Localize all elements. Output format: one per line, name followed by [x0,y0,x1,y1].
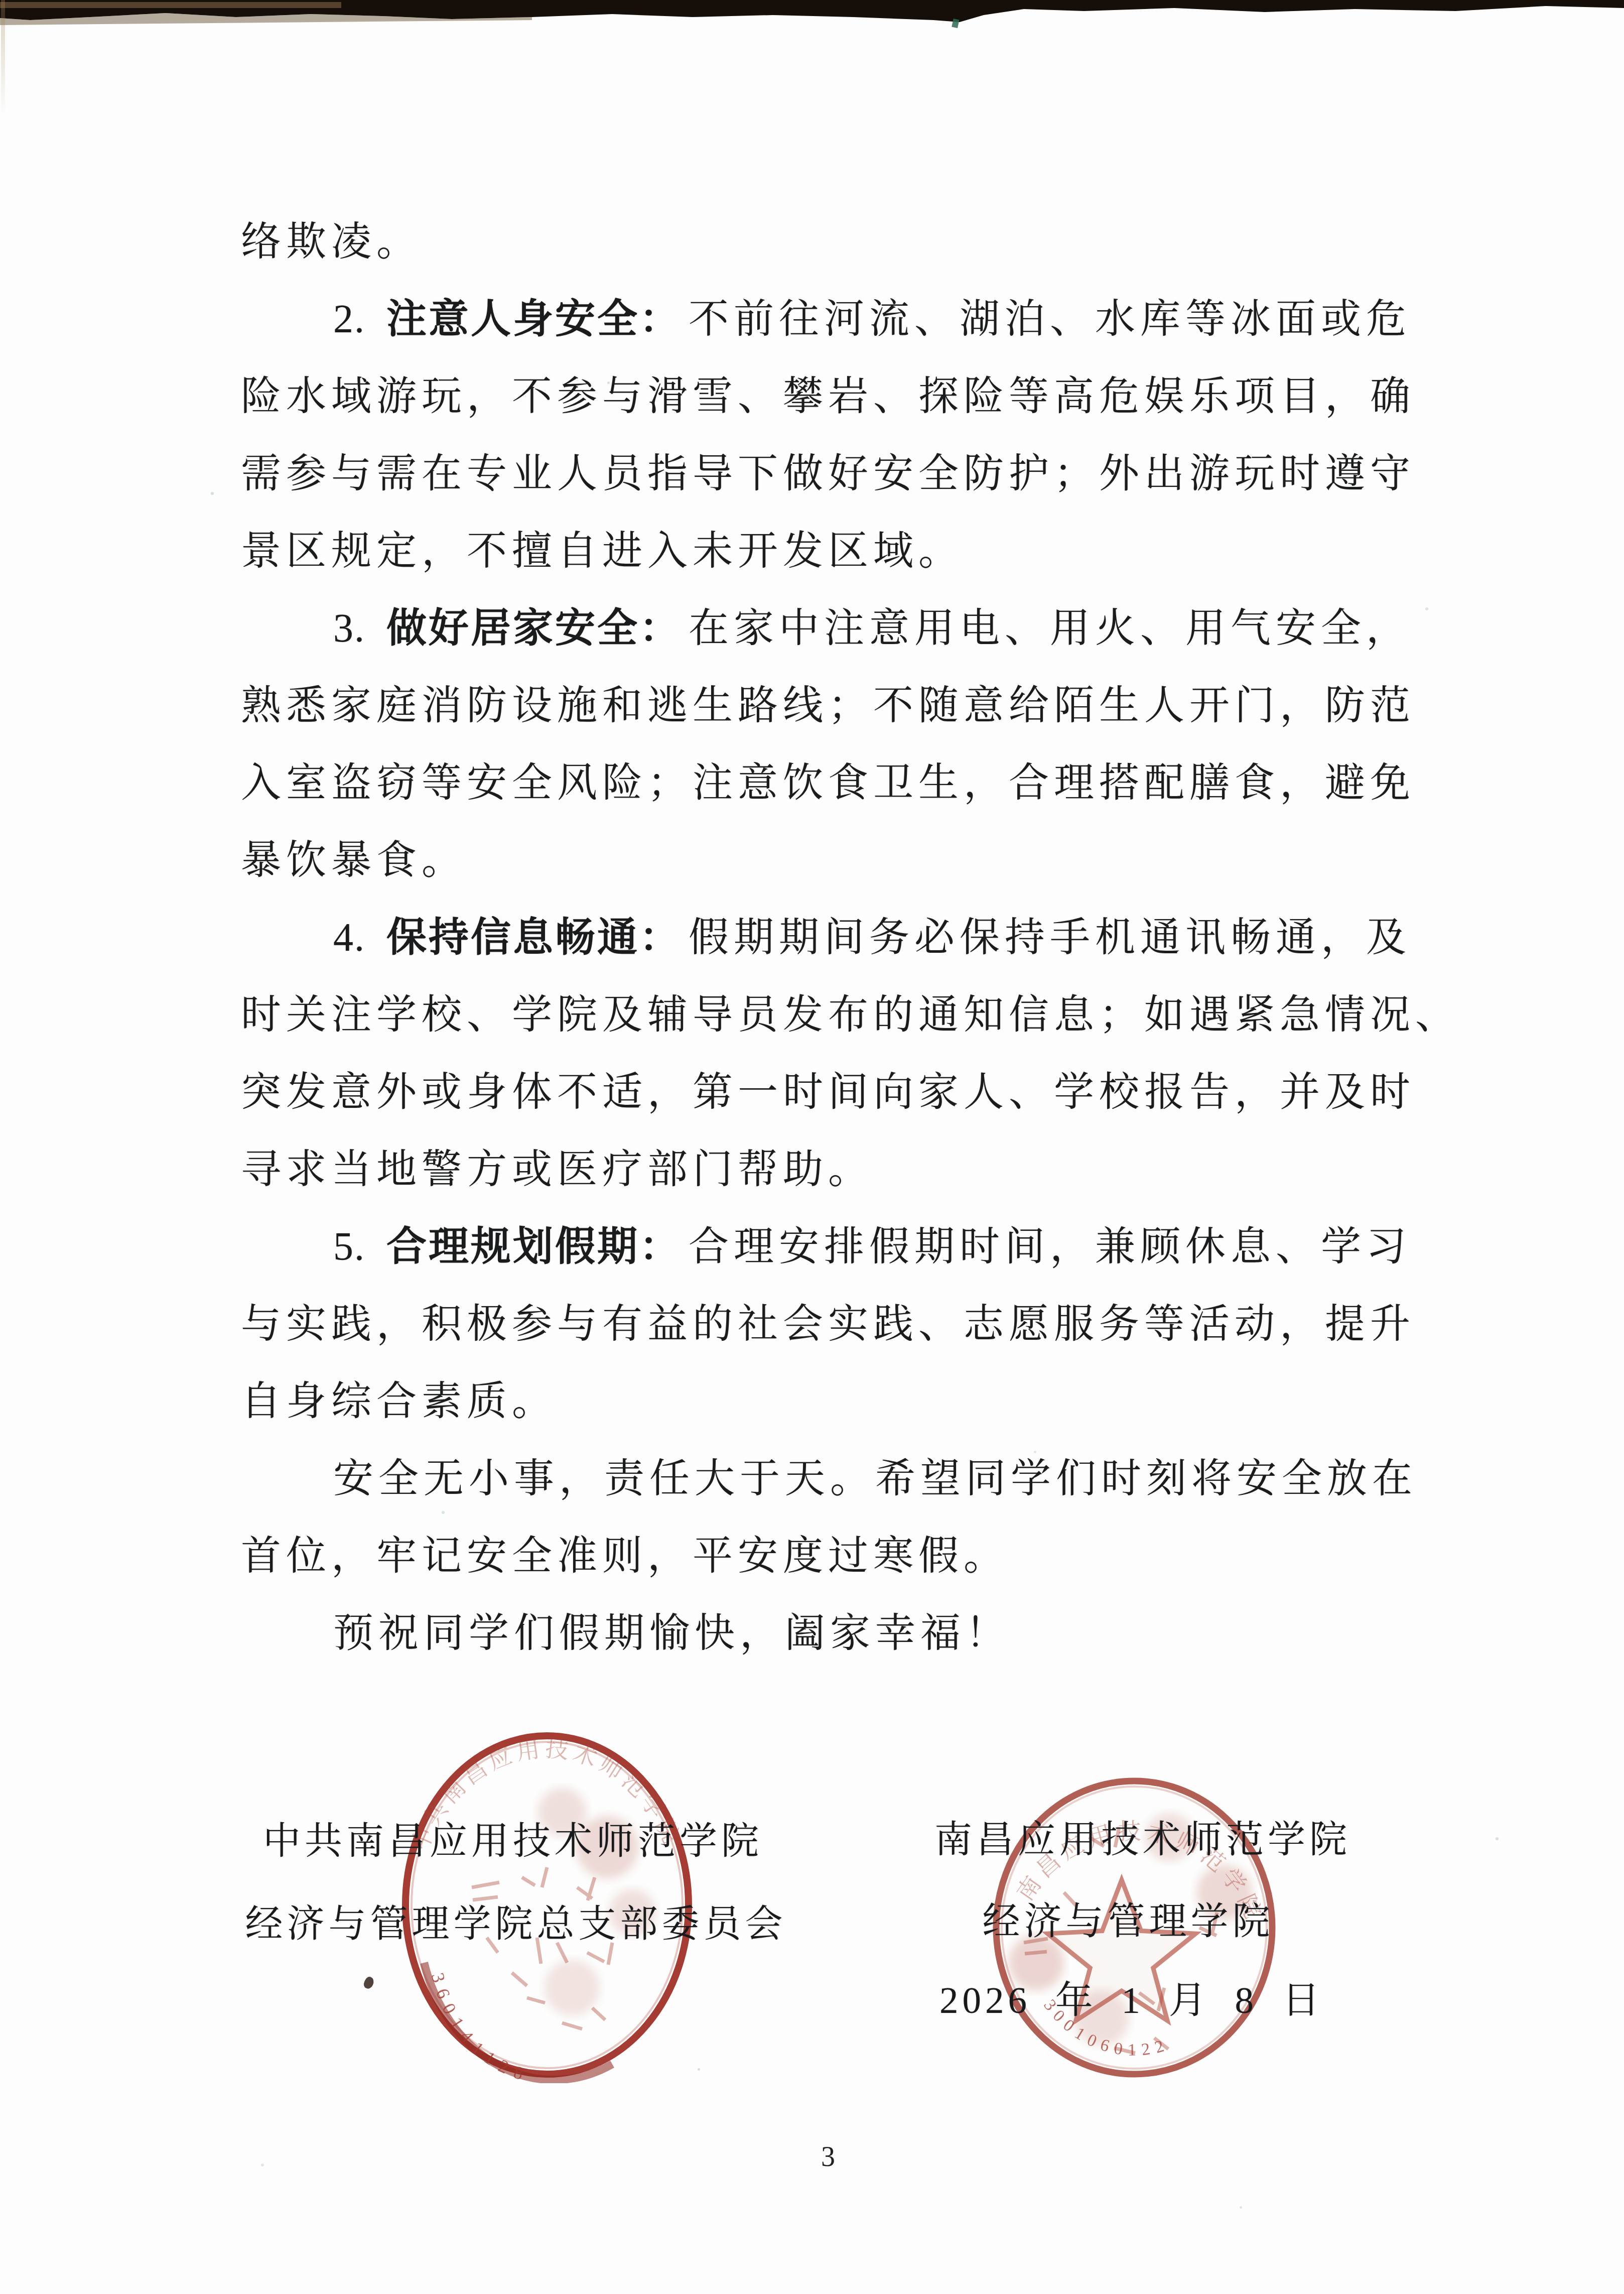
body-text: 络欺凌。 [241,220,422,264]
body-line: 突发意外或身体不适，第一时间向家人、学校报告，并及时 [241,1072,1415,1112]
body-text: 假期期间务必保持手机通讯畅通，及 [689,916,1411,960]
body-text: 不前往河流、湖泊、水库等冰面或危 [689,297,1411,341]
body-line: 景区规定，不擅自进入未开发区域。 [241,531,964,571]
item-number: 4. [333,916,365,960]
page-number: 3 [821,2141,835,2173]
body-text: 与实践，积极参与有益的社会实践、志愿服务等活动，提升 [241,1302,1415,1346]
item-number: 3. [333,606,365,651]
paper-speck [442,1511,445,1514]
item-number: 2. [333,297,365,341]
paper-speck [1496,1837,1499,1840]
body-text: 首位，牢记安全准则，平安度过寒假。 [241,1534,1009,1578]
scan-edge-artifact [0,0,1624,35]
body-text: 入室盗窃等安全风险；注意饮食卫生，合理搭配膳食，避免 [241,761,1415,805]
body-text: 自身综合素质。 [241,1379,557,1424]
item-heading: 保持信息畅通： [386,916,682,960]
body-text: 安全无小事，责任大于天。希望同学们时刻将安全放在 [333,1457,1417,1501]
body-text: 熟悉家庭消防设施和逃生路线；不随意给陌生人开门，防范 [241,684,1415,728]
body-text: 预祝同学们假期愉快，阖家幸福！ [333,1611,1011,1655]
body-line: 寻求当地警方或医疗部门帮助。 [241,1150,873,1190]
body-line: 预祝同学们假期愉快，阖家幸福！ [333,1613,1011,1653]
paper-speck [261,2163,264,2166]
signature-right-org-line2: 经济与管理学院 [982,1903,1274,1941]
body-text: 突发意外或身体不适，第一时间向家人、学校报告，并及时 [241,1070,1415,1114]
body-text: 时关注学校、学院及辅导员发布的通知信息；如遇紧急情况、 [241,993,1460,1037]
body-text: 在家中注意用电、用火、用气安全， [689,606,1411,651]
body-text: 景区规定，不擅自进入未开发区域。 [241,529,964,573]
paper-speck [1425,607,1428,610]
signature-right-org-line1: 南昌应用技术师范学院 [934,1821,1351,1859]
body-line: 4.保持信息畅通：假期期间务必保持手机通讯畅通，及 [333,918,1411,958]
item-heading: 合理规划假期： [386,1225,682,1269]
body-text: 需参与需在专业人员指导下做好安全防护；外出游玩时遵守 [241,452,1415,496]
scan-left-edge-artifact [1,0,5,115]
body-line: 首位，牢记安全准则，平安度过寒假。 [241,1536,1009,1576]
signature-left-org-line1: 中共南昌应用技术师范学院 [263,1823,763,1860]
body-text: 暴饮暴食。 [241,838,467,882]
body-line: 3.做好居家安全：在家中注意用电、用火、用气安全， [333,608,1411,649]
body-line: 与实践，积极参与有益的社会实践、志愿服务等活动，提升 [241,1304,1415,1344]
signature-date: 2026 年 1 月 8 日 [939,1982,1324,2019]
ink-dot [362,1975,375,1990]
body-line: 险水域游玩，不参与滑雪、攀岩、探险等高危娱乐项目，确 [241,376,1415,417]
body-line: 安全无小事，责任大于天。希望同学们时刻将安全放在 [333,1459,1417,1499]
body-line: 自身综合素质。 [241,1381,557,1422]
body-line: 需参与需在专业人员指导下做好安全防护；外出游玩时遵守 [241,454,1415,494]
body-line: 暴饮暴食。 [241,840,467,880]
body-line: 入室盗窃等安全风险；注意饮食卫生，合理搭配膳食，避免 [241,763,1415,803]
paper-speck [1240,2206,1242,2209]
paper-speck [211,492,214,495]
body-line: 时关注学校、学院及辅导员发布的通知信息；如遇紧急情况、 [241,995,1460,1035]
body-text: 险水域游玩，不参与滑雪、攀岩、探险等高危娱乐项目，确 [241,374,1415,419]
document-page: 中共南昌应用技术师范学院 360141128 [0,0,1624,2294]
item-heading: 注意人身安全： [386,297,682,341]
signature-left-org-line2: 经济与管理学院总支部委员会 [245,1905,786,1943]
body-line: 2.注意人身安全：不前往河流、湖泊、水库等冰面或危 [333,299,1411,339]
body-line: 络欺凌。 [241,222,422,262]
item-heading: 做好居家安全： [386,606,682,651]
scan-corner-smudge [0,2,341,8]
body-line: 熟悉家庭消防设施和逃生路线；不随意给陌生人开门，防范 [241,686,1415,726]
item-number: 5. [333,1225,365,1269]
body-text: 寻求当地警方或医疗部门帮助。 [241,1148,873,1192]
body-text: 合理安排假期时间，兼顾休息、学习 [689,1225,1411,1269]
paper-speck [1034,1451,1036,1453]
paper-speck [698,2068,700,2071]
seal-serial: 360141128 [428,1971,533,2083]
body-line: 5.合理规划假期：合理安排假期时间，兼顾休息、学习 [333,1227,1411,1267]
